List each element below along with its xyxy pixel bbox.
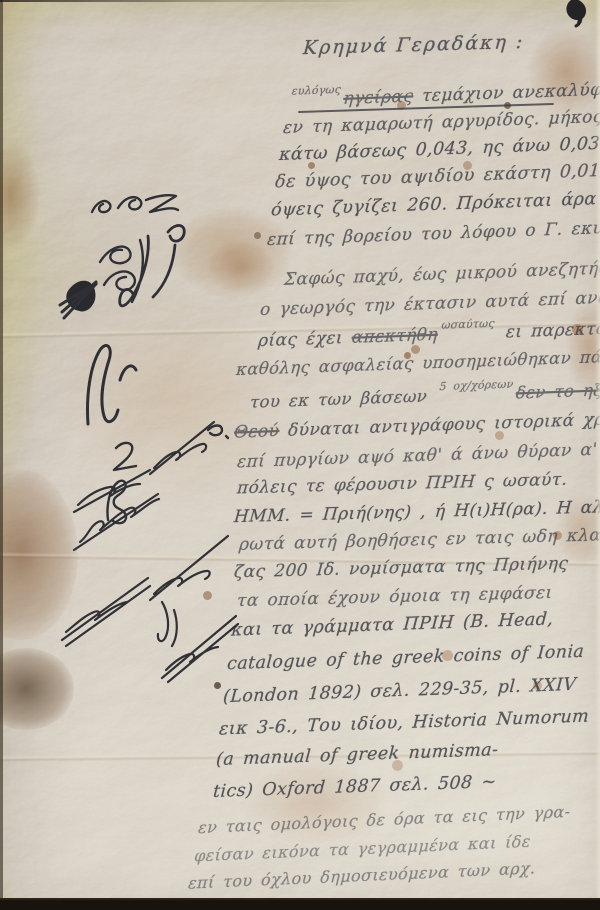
handwriting-text: (a manual of greek numisma- (215, 740, 499, 770)
manuscript-line: δε ύψος του αψιδίου εκάστη 0,015 μ. (274, 160, 600, 193)
manuscript-line: ο γεωργός την έκτασιν αυτά επί αναψηλα (259, 286, 600, 320)
handwriting-text: ρωτά αυτή βοηθήσεις εν ταις ωδη κλα- (238, 525, 600, 555)
signature-scribble (74, 494, 159, 550)
handwriting-text: πόλεις τε φέρουσιν ΠΡΙΗ ς ωσαύτ. (236, 470, 568, 499)
scan-edge-top (0, 0, 600, 2)
handwriting-text: τεμάχιον ανεκαλύφθη παρά (413, 77, 600, 106)
handwriting-text: ο γεωργός την έκτασιν αυτά επί αναψηλα (259, 286, 600, 320)
handwriting-text: δε ύψος του αψιδίου εκάστη 0,015 μ. (274, 160, 600, 193)
manuscript-line: τα οποία έχουν όμοια τη εμφάσει (236, 583, 553, 611)
scan-edge-left (0, 0, 3, 910)
scan-edge-bottom (0, 898, 600, 910)
manuscript-line: όψεις ζυγίζει 260. Πρόκειται άρα περί (270, 187, 600, 220)
stain (0, 470, 78, 640)
struck-word: απεκτήθη (351, 325, 438, 348)
struck-word: ηγείρας (343, 86, 414, 109)
scribble-loops (100, 240, 143, 302)
manuscript-line: επί της βορείου του λόφου ο Γ. εκυριάρχη (266, 216, 600, 250)
manuscript-line: πόλεις τε φέρουσιν ΠΡΙΗ ς ωσαύτ. (236, 470, 568, 499)
manuscript-line: ρίας έχει απεκτήθηωσαύτως ει παρεκτός γε… (257, 317, 600, 351)
ink-blot (68, 282, 95, 310)
manuscript-line: επί του όχλου δημοσιευόμενα των αρχ. (188, 858, 537, 892)
handwriting-text: δύναται αντιγράφους ιστορικά χρ. (279, 409, 600, 441)
handwriting-text: Σαφώς παχύ, έως μικρού ανεζητήθη (283, 258, 600, 290)
signature-scribble (62, 578, 150, 646)
page-title: Κρημνά Γεραδάκη : (302, 31, 525, 59)
inserted-word: ευλόγως (291, 83, 341, 98)
handwriting-text: επί της βορείου του λόφου ο Γ. εκυριάρχη (266, 216, 600, 250)
signature-scribble (158, 602, 177, 646)
manuscript-line: tics) Oxford 1887 σελ. 508 ~ (212, 772, 497, 802)
manuscript-line: ΗΜΜ. = Πριή(νης) , ή Η(ι)Η(ρα). Η αλη- (233, 497, 600, 527)
handwriting-text: επί του όχλου δημοσιευόμενα των αρχ. (188, 858, 537, 892)
scribble-word (92, 195, 178, 212)
manuscript-line: Σαφώς παχύ, έως μικρού ανεζητήθη (283, 258, 600, 290)
manuscript-line: ρωτά αυτή βοηθήσεις εν ταις ωδη κλα- (238, 525, 600, 555)
struck-word: Θεού (233, 421, 280, 443)
scribble-flourish (120, 225, 185, 305)
inserted-word: ωσαύτως (441, 317, 495, 332)
stain (0, 648, 74, 730)
struck-word: δεν το ηξίωσαν εκ. (515, 377, 600, 402)
manuscript-line: catalogue of the greek coins of Ionia (226, 642, 585, 675)
handwriting-text: του εκ των βάσεων (249, 386, 436, 412)
manuscript-line: επί πυργίων αψό καθ' ά άνω θύραν α' (236, 440, 598, 473)
handwriting-text: ει παρεκτός γεν. (496, 317, 600, 343)
handwriting-text: και τα γράμματα ΠΡΙΗ (Β. Head, (230, 609, 554, 640)
handwriting-text: ΗΜΜ. = Πριή(νης) , ή Η(ι)Η(ρα). Η αλη- (233, 497, 600, 527)
manuscript-line: εικ 3-6., Του ιδίου, Historia Numorum (218, 707, 589, 740)
ink-blot (568, 0, 585, 26)
handwriting-text: επί πυργίων αψό καθ' ά άνω θύραν α' (236, 440, 598, 473)
handwriting-text: tics) Oxford 1887 σελ. 508 ~ (212, 772, 497, 802)
manuscript-line: ζας 200 Ιδ. νομίσματα της Πριήνης (233, 554, 569, 583)
scribble-tall-n (88, 345, 137, 424)
signature-scribble (74, 470, 150, 512)
manuscript-line: καθόλης ασφαλείας υποσημειώθηκαν πάντα (235, 346, 600, 379)
scribble-beta (107, 481, 126, 524)
signature-scribble (150, 536, 228, 600)
manuscript-line: και τα γράμματα ΠΡΙΗ (Β. Head, (230, 609, 554, 640)
handwriting-text: catalogue of the greek coins of Ionia (226, 642, 585, 675)
manuscript-page: Κρημνά Γεραδάκη : ευλόγωςηγείρας τεμάχιο… (0, 0, 600, 910)
handwriting-text: ρίας έχει (257, 328, 352, 351)
handwriting-text: όψεις ζυγίζει 260. Πρόκειται άρα περί (270, 187, 600, 220)
scribble-sigma-mark (208, 426, 228, 439)
handwriting-text: (London 1892) σελ. 229-35, pl. XXIV (222, 675, 577, 707)
manuscript-line: του εκ των βάσεων 5 οχ/χόρεωνδεν το ηξίω… (249, 377, 600, 411)
inserted-word: 5 οχ/χόρεων (439, 377, 514, 393)
manuscript-line: (London 1892) σελ. 229-35, pl. XXIV (222, 675, 577, 707)
handwriting-text: καθόλης ασφαλείας υποσημειώθηκαν πάντα (235, 346, 600, 379)
manuscript-line: Θεού δύναται αντιγράφους ιστορικά χρ. (233, 409, 600, 442)
scan-edge-right (595, 0, 600, 910)
handwriting-text: τα οποία έχουν όμοια τη εμφάσει (236, 583, 553, 611)
manuscript-line: (a manual of greek numisma- (215, 740, 499, 770)
handwriting-text: εικ 3-6., Του ιδίου, Historia Numorum (218, 707, 589, 740)
stain (0, 140, 40, 250)
scribble-2 (114, 443, 136, 470)
signature-scribble (150, 422, 214, 474)
handwriting-text: ζας 200 Ιδ. νομίσματα της Πριήνης (233, 554, 569, 583)
scribble-crosshatch (60, 282, 96, 318)
